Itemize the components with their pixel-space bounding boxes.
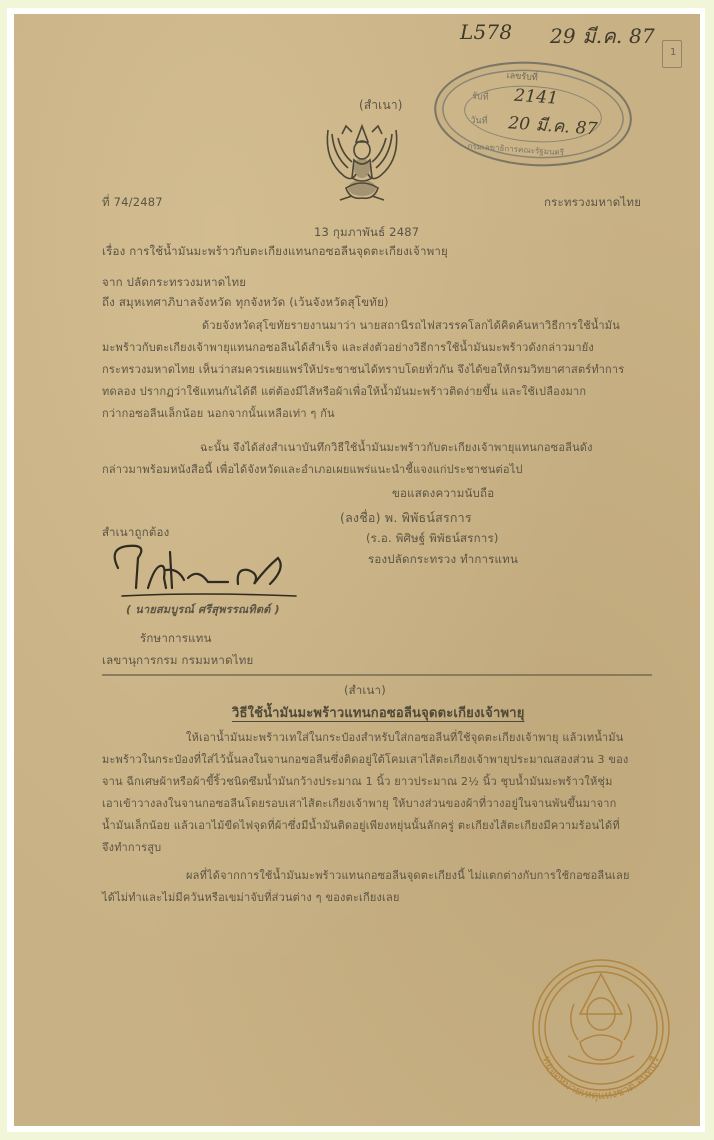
handwritten-ref-date: 29 มี.ค. 87 <box>550 20 655 52</box>
stamp-date: 20 มี.ค. 87 <box>507 109 598 142</box>
stamp-date-label: วันที่ <box>470 113 488 128</box>
stamp-footer: กรมเลขาธิการคณะรัฐมนตรี <box>467 140 564 160</box>
body-line: ด้วยจังหวัดสุโขทัยรายงานมาว่า นายสถานีรถ… <box>202 316 620 334</box>
stamp-number: 2141 <box>514 86 559 109</box>
signer-title: รองปลัดกระทรวง ทำการแทน <box>368 551 518 569</box>
certifier-name: ( นายสมบูรณ์ ศรีสุพรรณทิตต์ ) <box>126 600 280 618</box>
svg-text:หอจดหมายเหตุแห่งชาติ จันทบุรี: หอจดหมายเหตุแห่งชาติ จันทบุรี <box>540 1054 662 1102</box>
from-line: จาก ปลัดกระทรวงมหาดไทย <box>102 274 246 292</box>
closing-line: ขอแสดงความนับถือ <box>392 485 494 503</box>
section-divider <box>102 674 652 676</box>
body-line: มะพร้าวกับตะเกียงเจ้าพายุแทนกอซอลีนได้สำ… <box>102 338 594 356</box>
attachment-line: มะพร้าวในกระป๋องที่ใส่ไว้นั้นลงในจานกอซอ… <box>102 750 629 768</box>
handwritten-signature-icon <box>108 538 298 602</box>
attachment-line: จาน ฉีกเศษผ้าหรือผ้าขี้ริ้วชนิดซึมน้ำมัน… <box>102 772 613 790</box>
receipt-stamp: เลขรับที่ รับที่ 2141 วันที่ 20 มี.ค. 87… <box>431 55 636 173</box>
document-number: ที่ 74/2487 <box>102 194 163 212</box>
letter-date: 13 กุมภาพันธ์ 2487 <box>314 224 419 242</box>
document-page: L578 29 มี.ค. 87 1 เลขรับที่ รับที่ 2141… <box>14 14 700 1126</box>
body-line: ฉะนั้น จึงได้ส่งสำเนาบันทึกวิธีใช้น้ำมัน… <box>200 438 593 456</box>
attachment-line: ผลที่ได้จากการใช้น้ำมันมะพร้าวแทนกอซอลีน… <box>186 866 630 884</box>
body-line: ทดลอง ปรากฏว่าใช้แทนกันได้ดี แต่ต้องมีไส… <box>102 382 586 400</box>
attachment-line: น้ำมันเล็กน้อย แล้วเอาไม้ขีดไฟจุดที่ผ้าซ… <box>102 816 620 834</box>
archive-seal-icon: หอจดหมายเหตุแห่งชาติ จันทบุรี <box>522 952 680 1110</box>
corner-box-mark: 1 <box>662 40 682 68</box>
garuda-emblem-icon <box>322 120 402 210</box>
handwritten-ref-number: L578 <box>460 20 512 44</box>
certifier-role: รักษาการแทน <box>140 630 212 648</box>
signed-line: (ลงชื่อ) พ. พิพัธน์สรการ <box>340 508 472 528</box>
to-line: ถึง สมุหเทศาภิบาลจังหวัด ทุกจังหวัด (เว้… <box>102 294 389 312</box>
attachment-copy-label: (สำเนา) <box>344 682 386 700</box>
signer-name: (ร.อ. พิศิษฐ์ พิพัธน์สรการ) <box>366 530 499 548</box>
body-line: กล่าวมาพร้อมหนังสือนี้ เพื่อได้จังหวัดแล… <box>102 460 523 478</box>
attachment-line: ให้เอาน้ำมันมะพร้าวเทใส่ในกระป๋องสำหรับใ… <box>186 728 623 746</box>
attachment-line: จึงทำการสูบ <box>102 838 161 856</box>
stamp-number-label: รับที่ <box>472 89 489 104</box>
attachment-title: วิธีใช้น้ำมันมะพร้าวแทนกอซอลีนจุดตะเกียง… <box>232 702 525 723</box>
body-line: กว่ากอซอลีนเล็กน้อย นอกจากนั้นเหลือเท่า … <box>102 404 335 422</box>
subject-line: เรื่อง การใช้น้ำมันมะพร้าวกับตะเกียงแทนก… <box>102 243 448 261</box>
ministry-name: กระทรวงมหาดไทย <box>544 194 641 212</box>
copy-label: (สำเนา) <box>359 96 403 115</box>
attachment-line: ได้ไม่ทำและไม่มีควันหรือเขม่าจับที่ส่วนต… <box>102 888 400 906</box>
archive-seal-text: หอจดหมายเหตุแห่งชาติ จันทบุรี <box>540 1054 662 1102</box>
body-line: กระทรวงมหาดไทย เห็นว่าสมควรเผยแพร่ให้ประ… <box>102 360 624 378</box>
attachment-line: เอาเข้าวางลงในจานกอซอลีนโดยรอบเสาไส้ตะเก… <box>102 794 616 812</box>
stamp-header: เลขรับที่ <box>506 68 538 84</box>
certifier-office: เลขานุการกรม กรมมหาดไทย <box>102 652 253 670</box>
